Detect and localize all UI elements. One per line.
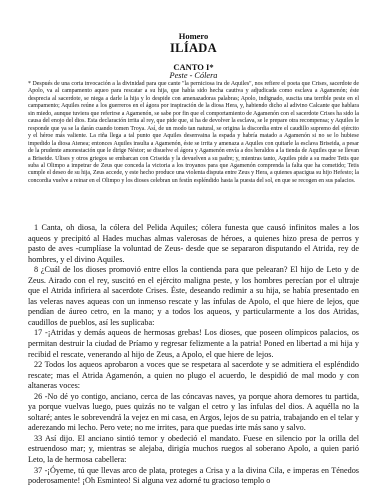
canto-summary-footnote: * Después de una corta invocación a la d… bbox=[28, 81, 359, 185]
main-text: 1 Canta, oh diosa, la cólera del Pelida … bbox=[28, 223, 359, 487]
paragraph-verse-1: 1 Canta, oh diosa, la cólera del Pelida … bbox=[28, 223, 359, 265]
paragraph-verse-37: 37 -¡Óyeme, tú que llevas arco de plata,… bbox=[28, 466, 359, 487]
canto-subtitle: Peste - Cólera bbox=[28, 71, 359, 80]
book-title: ILÍADA bbox=[28, 41, 359, 56]
paragraph-verse-33: 33 Así dijo. El anciano sintió temor y o… bbox=[28, 434, 359, 466]
paragraph-verse-8: 8 ¿Cuál de los dioses promovió entre ell… bbox=[28, 265, 359, 328]
paragraph-verse-26: 26 -No dé yo contigo, anciano, cerca de … bbox=[28, 392, 359, 434]
paragraph-verse-17: 17 -¡Atridas y demás aqueos de hermosas … bbox=[28, 328, 359, 360]
paragraph-verse-22: 22 Todos los aqueos aprobaron a voces qu… bbox=[28, 360, 359, 392]
author-name: Homero bbox=[28, 31, 359, 41]
